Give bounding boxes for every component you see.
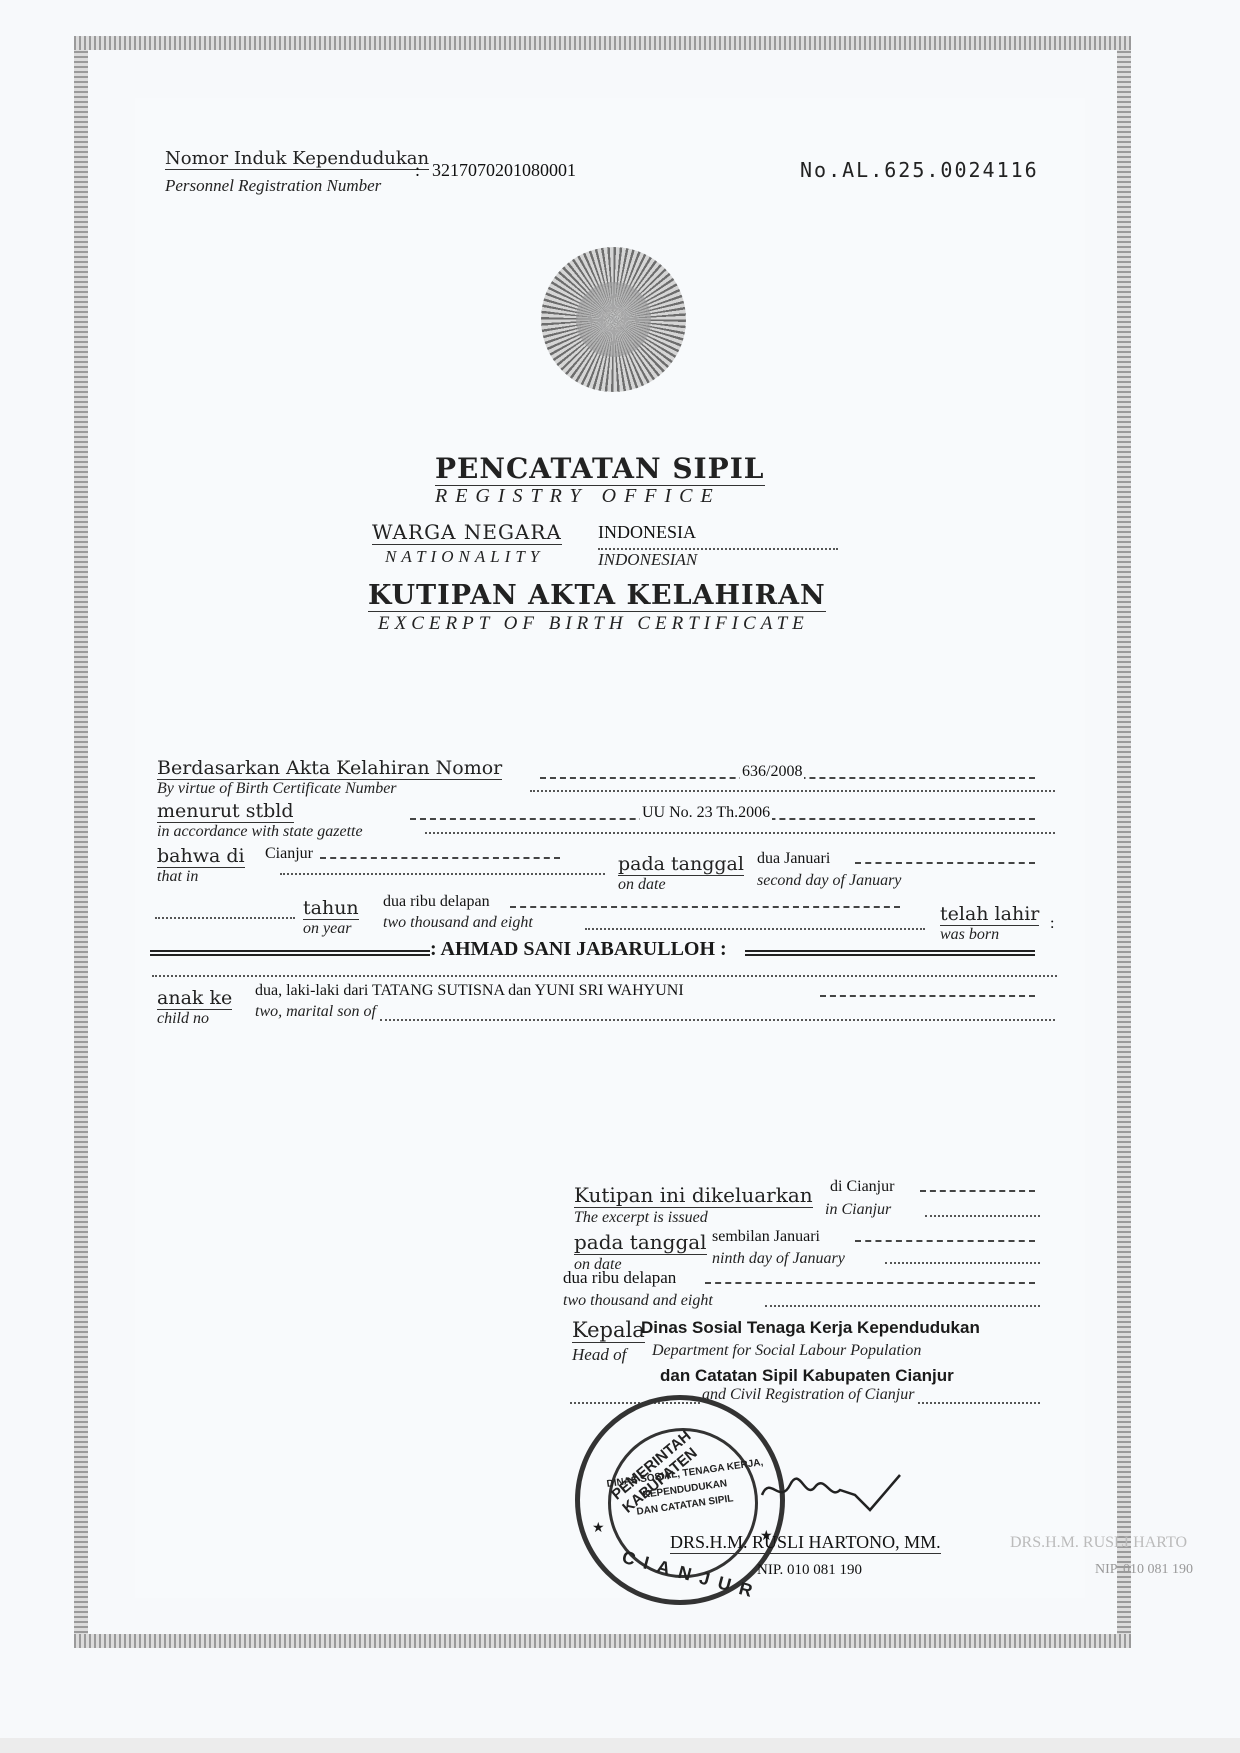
child-no-dotted-line xyxy=(380,1019,1055,1021)
document-title-en: EXCERPT OF BIRTH CERTIFICATE xyxy=(378,613,809,635)
issued-date-dash-line xyxy=(855,1240,1035,1242)
child-no-label: anak ke xyxy=(157,987,232,1010)
nationality-label-en: NATIONALITY xyxy=(385,547,544,567)
year-label-en: on year xyxy=(303,920,351,938)
scan-bottom-edge xyxy=(0,1738,1240,1753)
ghost-signatory-nip: NIP. 010 081 190 xyxy=(1095,1562,1193,1578)
born-label: telah lahir xyxy=(940,903,1039,926)
office-title: PENCATATAN SIPIL xyxy=(435,452,765,486)
nik-label-en: Personnel Registration Number xyxy=(165,176,381,196)
place-value: Cianjur xyxy=(265,845,313,863)
nationality-value-en: INDONESIAN xyxy=(598,550,697,570)
garuda-emblem-icon xyxy=(541,247,686,392)
department-line2: dan Catatan Sipil Kabupaten Cianjur xyxy=(660,1366,954,1386)
issued-year-value: dua ribu delapan xyxy=(563,1268,676,1288)
certificate-page: Nomor Induk Kependudukan Personnel Regis… xyxy=(0,0,1240,1753)
department-line1: Dinas Sosial Tenaga Kerja Kependudukan xyxy=(641,1318,980,1338)
issued-place-en: in Cianjur xyxy=(825,1201,891,1219)
serial-number: No.AL.625.0024116 xyxy=(800,158,1039,182)
cert-number-label-en: By virtue of Birth Certificate Number xyxy=(157,780,397,798)
name-dotted-line xyxy=(152,975,1057,977)
issued-label: Kutipan ini dikeluarkan xyxy=(574,1183,813,1208)
date-label: pada tanggal xyxy=(618,853,744,876)
nationality-value: INDONESIA xyxy=(598,522,696,543)
date-label-en: on date xyxy=(618,876,666,894)
head-label-en: Head of xyxy=(572,1345,626,1365)
nationality-label: WARGA NEGARA xyxy=(372,520,562,545)
cert-number-label: Berdasarkan Akta Kelahiran Nomor xyxy=(157,757,502,780)
stbld-dotted-line xyxy=(425,832,1055,834)
issued-date-label: pada tanggal xyxy=(574,1230,707,1255)
cert-number-dotted-line xyxy=(530,790,1055,792)
year-value-en: two thousand and eight xyxy=(383,914,533,932)
stbld-label-en: in accordance with state gazette xyxy=(157,823,363,841)
place-label-en: that in xyxy=(157,868,198,886)
child-no-value: dua, laki-laki dari TATANG SUTISNA dan Y… xyxy=(255,982,684,1000)
issued-date-value-en: ninth day of January xyxy=(712,1250,845,1268)
signatory-name: DRS.H.M. RUSLI HARTONO, MM. xyxy=(670,1532,941,1554)
issued-place: di Cianjur xyxy=(830,1178,894,1196)
issued-label-en: The excerpt is issued xyxy=(574,1209,708,1227)
year-dash-line xyxy=(510,906,900,908)
date-value: dua Januari xyxy=(757,850,830,868)
signatory-nip: NIP. 010 081 190 xyxy=(757,1562,862,1579)
child-no-value-en: two, marital son of xyxy=(255,1003,376,1021)
date-dash-line xyxy=(855,862,1035,864)
child-name: : AHMAD SANI JABARULLOH : xyxy=(430,938,727,961)
year-leading-dotted-line xyxy=(155,917,295,919)
issued-date-dotted-line xyxy=(885,1262,1040,1264)
child-no-dash-line xyxy=(820,995,1035,997)
place-dash-line xyxy=(320,857,560,859)
nik-colon: : xyxy=(415,160,420,181)
head-label: Kepala xyxy=(572,1318,645,1343)
ghost-signatory-name: DRS.H.M. RUSLI HARTO xyxy=(1010,1534,1187,1552)
department-line1-en: Department for Social Labour Population xyxy=(652,1342,921,1360)
place-label: bahwa di xyxy=(157,845,245,868)
nik-value: 3217070201080001 xyxy=(432,160,576,181)
issued-place-dash-line xyxy=(920,1190,1035,1192)
born-colon: : xyxy=(1050,915,1054,933)
year-dotted-line xyxy=(585,928,925,930)
issued-date-value: sembilan Januari xyxy=(712,1228,820,1246)
issued-year-dash-line xyxy=(705,1282,1035,1284)
name-right-double-line xyxy=(745,950,1035,956)
issued-year-dotted-line xyxy=(765,1305,1040,1307)
place-dotted-line xyxy=(280,873,605,875)
year-value: dua ribu delapan xyxy=(383,893,490,911)
name-left-double-line xyxy=(150,950,430,956)
born-label-en: was born xyxy=(940,926,999,944)
stbld-value: UU No. 23 Th.2006 xyxy=(640,804,772,822)
stamp-star-icon: ★ xyxy=(592,1520,605,1536)
office-title-en: REGISTRY OFFICE xyxy=(435,485,721,508)
date-value-en: second day of January xyxy=(757,872,901,890)
cert-number-value: 636/2008 xyxy=(740,763,804,781)
stbld-label: menurut stbld xyxy=(157,800,294,823)
official-stamp: PEMERINTAH KABUPATEN CIANJUR DINAS SOSIA… xyxy=(575,1395,785,1605)
document-title: KUTIPAN AKTA KELAHIRAN xyxy=(368,580,826,612)
year-label: tahun xyxy=(303,897,359,920)
child-no-label-en: child no xyxy=(157,1010,209,1028)
issued-place-dotted-line xyxy=(925,1215,1040,1217)
signature-icon xyxy=(760,1465,910,1515)
issued-year-value-en: two thousand and eight xyxy=(563,1292,713,1310)
nik-label: Nomor Induk Kependudukan xyxy=(165,148,429,170)
